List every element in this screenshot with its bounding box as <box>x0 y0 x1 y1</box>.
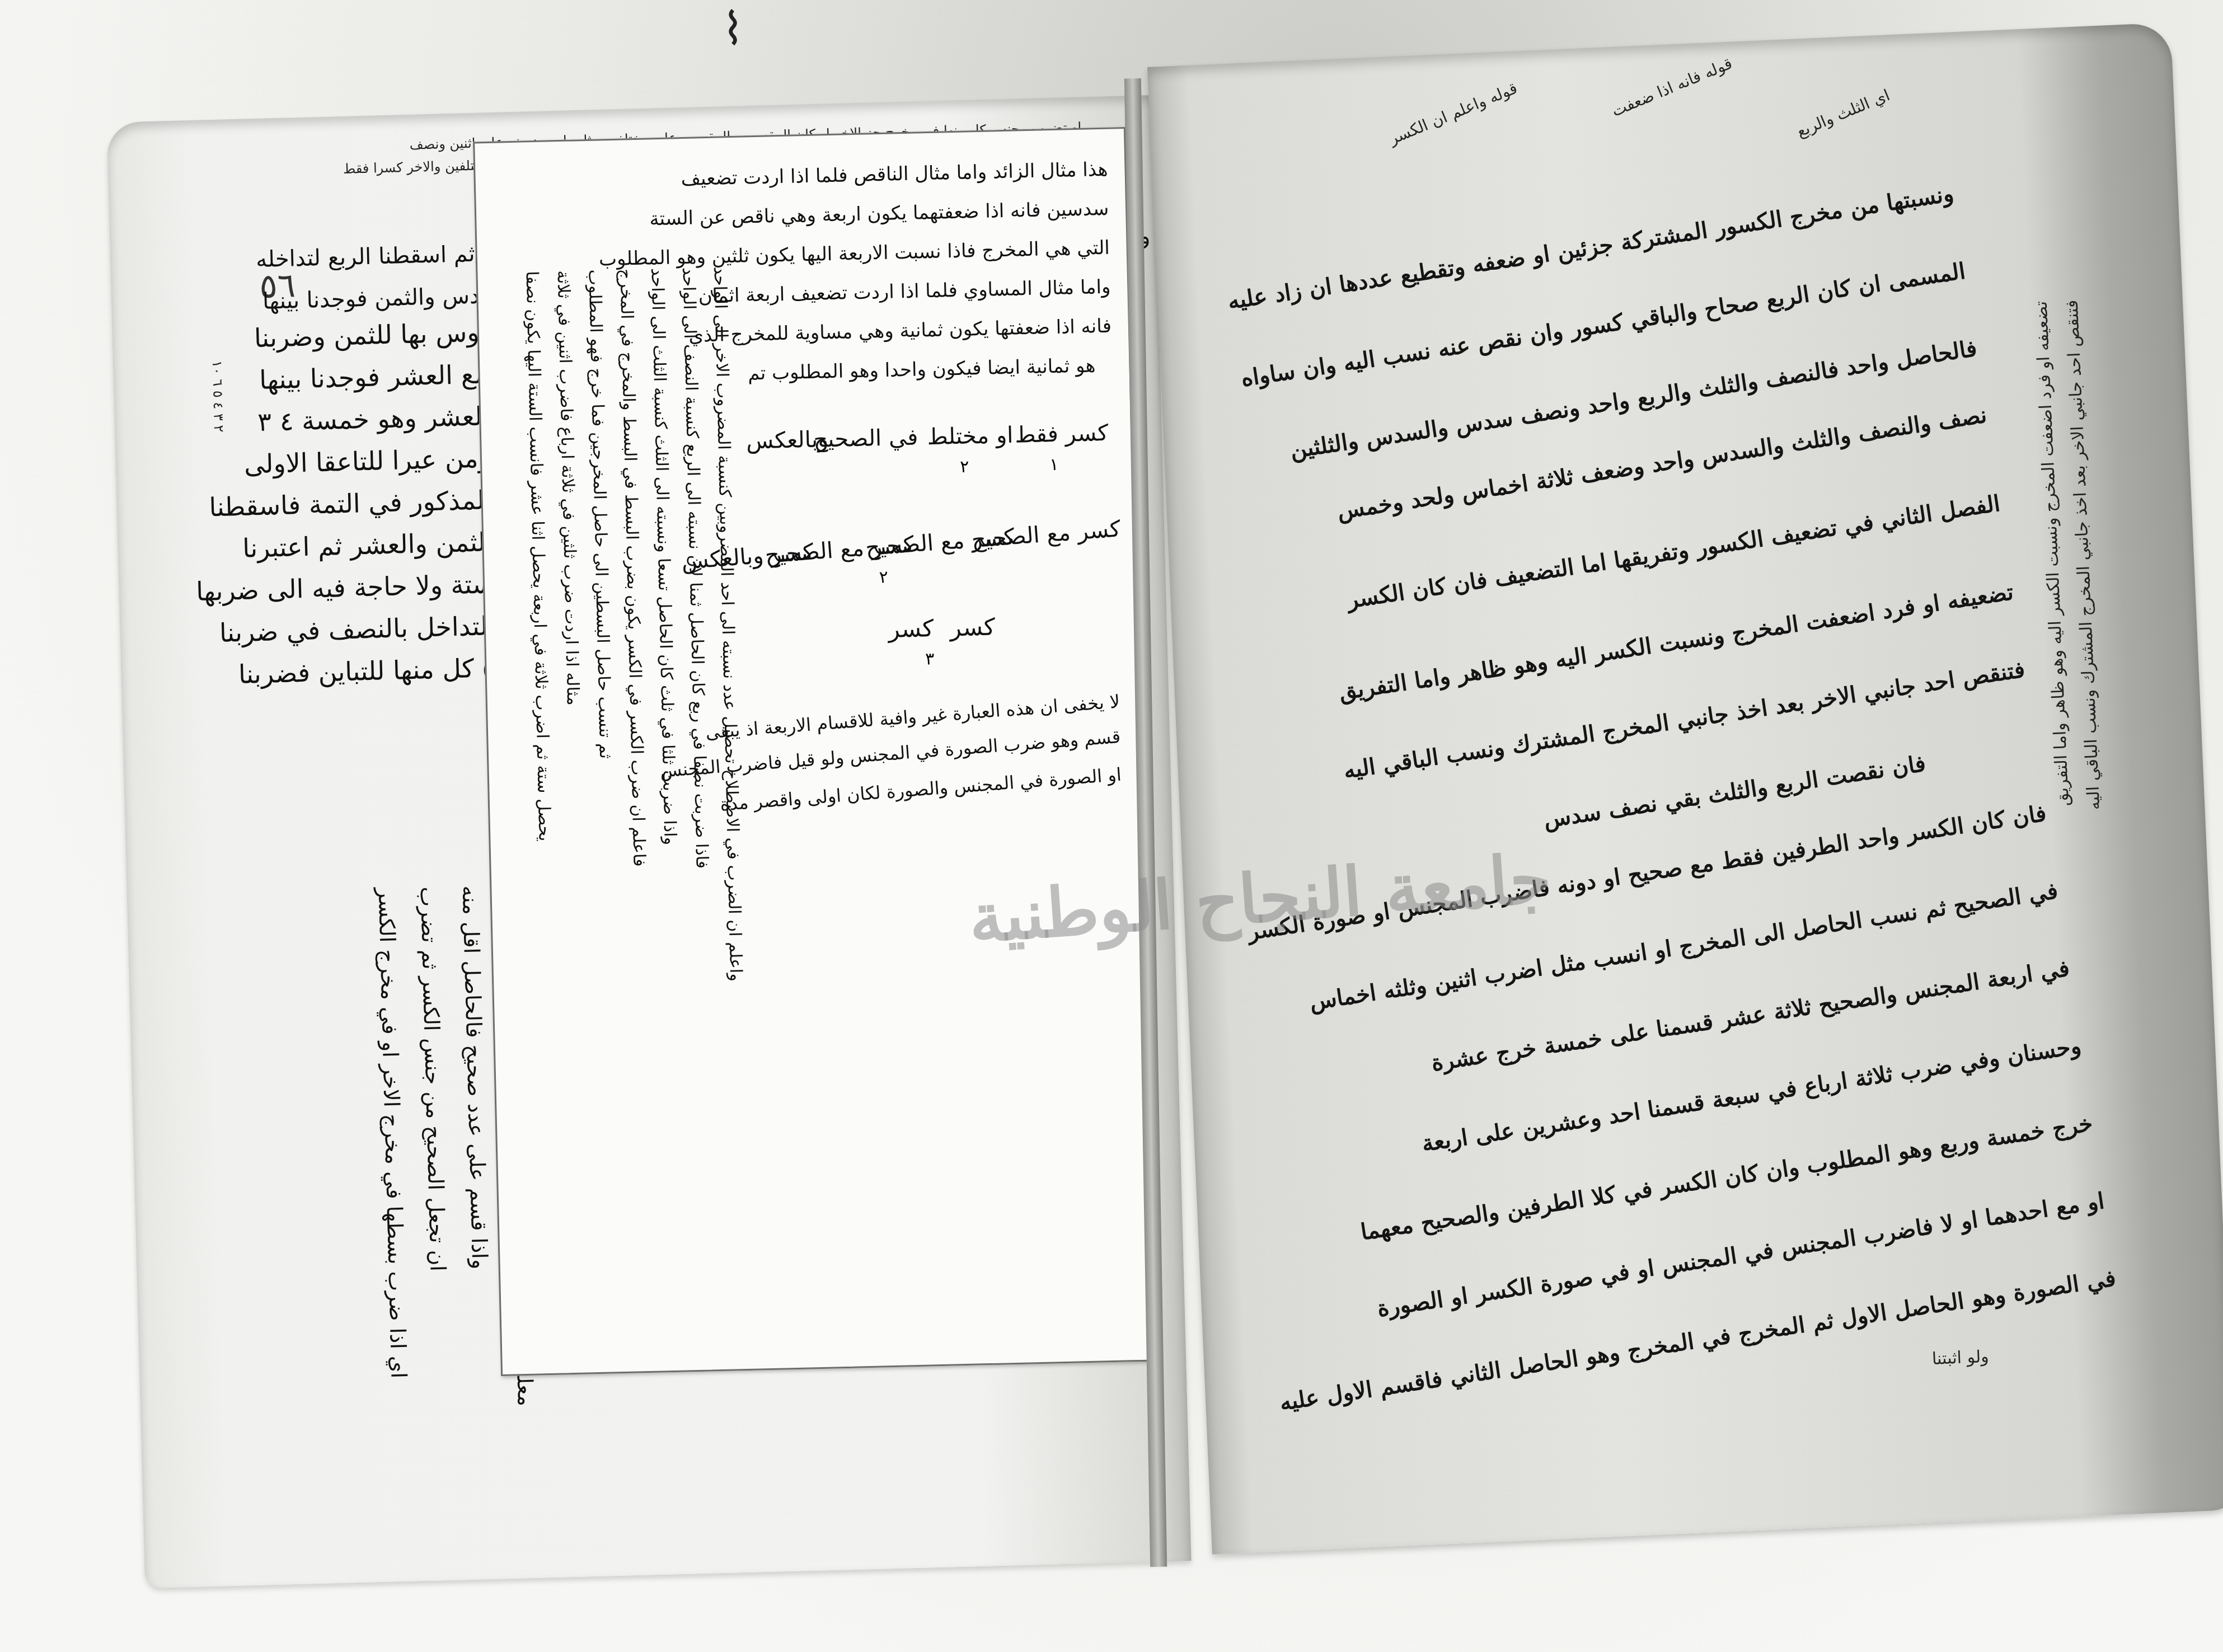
diagram-number: ٢ <box>960 457 969 477</box>
bottom-mark: ولو اثبتنا <box>1931 1347 1989 1369</box>
insert-upper-text: فانه اذا ضعفتها يكون ثمانية وهي مساوية ل… <box>688 308 1112 354</box>
main-text-line: في الصورة وهو الحاصل الاول ثم المخرج في … <box>1277 1262 2118 1419</box>
diagram-number: ٢ <box>879 567 889 588</box>
rotated-note: ان تجعل الصحيح من جنس الكسر ثم تضرب <box>410 886 456 1272</box>
commentary-line: يحصل ستة ثم اضرب ثلاثة في اربعة يحصل اثن… <box>522 271 554 842</box>
right-page: قوله واعلم ان الكسر قوله فانه اذا ضعفت ا… <box>1147 22 2223 1554</box>
diagram-term: كسر فقط <box>1015 420 1109 448</box>
column-line: مع العشر فوجدنا بينها <box>259 356 489 398</box>
column-line: يوس بها للثمن وضربنا <box>254 314 487 356</box>
column-line: العشر وهو خمسة ٤ ٣ <box>257 398 490 440</box>
right-margin-gloss: تضعيفه او فرد اضعفت المخرج ونسبت الكسر ا… <box>2032 299 2104 812</box>
column-line: المذكور في التمة فاسقطنا <box>209 482 493 525</box>
open-book: ٥٦ او تضرب مجنس كل منها في مخرج جز الاخر… <box>106 78 2177 1578</box>
diagram-term: كسر <box>888 614 934 643</box>
inserted-sheet: هذا مثال الزائد واما مثال الناقص فلما اذ… <box>473 127 1153 1376</box>
rotated-note: اي اذا ضرب بسطها في مخرج الاخر او في مخر… <box>368 888 417 1379</box>
commentary-line: واعلم ان الضرب في الاصطلاح تحصيل عدد نسب… <box>710 266 745 982</box>
header-scribble: قوله فانه اذا ضعفت <box>1609 54 1735 120</box>
commentary-line: ثم تنسب حاصل البسطين الى حاصل المخرجين ف… <box>584 269 615 759</box>
column-line: ستة ولا حاجة فيه الى ضربها <box>195 566 494 609</box>
insert-upper-text: واما مثال المساوي فلما اذا اردت تضعيف ار… <box>698 269 1111 315</box>
pen-tip-mark: ⌇ <box>722 3 744 55</box>
column-line: الثمن والعشر ثم اعتبرنا <box>242 524 493 566</box>
division-diagram-row-1: كسر فقط او مختلط في الصحيح وبالعكس ١ ٢ <box>761 420 1109 490</box>
header-scribble: قوله واعلم ان الكسر <box>1386 79 1520 148</box>
division-diagram-row-3: كسر كسر ٣ <box>827 613 996 679</box>
column-line: ومن عيرا للتاعقا الاولى <box>243 440 491 482</box>
right-main-text: ونسبتها من مخرج الكسور المشتركة جزئين او… <box>1204 177 1951 289</box>
left-edge-marginalia: ٢ ٣ ٤ ٥ ٦ ١٠ <box>209 360 227 433</box>
commentary-line: واذا ضربت ثلثا في ثلث كان الحاصل تسعا ون… <box>647 268 679 846</box>
diagram-number: ١ <box>1049 455 1059 475</box>
insert-upper-text: هو ثمانية ايضا فيكون واحدا وهو المطلوب ت… <box>747 348 1096 391</box>
commentary-line: فاذا ضربت نصفا في ربع كان الحاصل ثمنا لا… <box>678 267 711 869</box>
diagram-term: كسر <box>950 613 996 642</box>
diagram-term: وبالعكس <box>746 426 829 454</box>
column-line: ٥ كل منها للتباين فضربنا <box>238 650 496 692</box>
insert-upper-text: سدسين فانه اذا ضعفتهما يكون اربعة وهي نا… <box>649 191 1109 237</box>
insert-upper-text: هذا مثال الزائد واما مثال الناقص فلما اذ… <box>681 152 1108 197</box>
division-diagram-row-2: كسر مع الصحيح كسر مع الصحيح كسر مع الصحي… <box>729 516 1124 607</box>
header-scribble: اي الثلث والربع <box>1794 86 1892 140</box>
commentary-line: فاعلم ان ضرب الكسر في الكسر يكون بضرب ال… <box>616 269 649 867</box>
diagram-term: في الصحيح <box>813 425 918 453</box>
insert-rotated-commentary: واعلم ان الضرب في الاصطلاح تحصيل عدد نسب… <box>494 266 754 1363</box>
diagram-number: ٣ <box>925 649 935 669</box>
column-line: التداخل بالنصف في ضربنا <box>219 608 495 651</box>
diagram-term: او مختلط <box>927 423 1014 450</box>
commentary-line: مثاله اذا اردت ضرب ثلثين في ثلاثة ارباع … <box>553 270 583 706</box>
